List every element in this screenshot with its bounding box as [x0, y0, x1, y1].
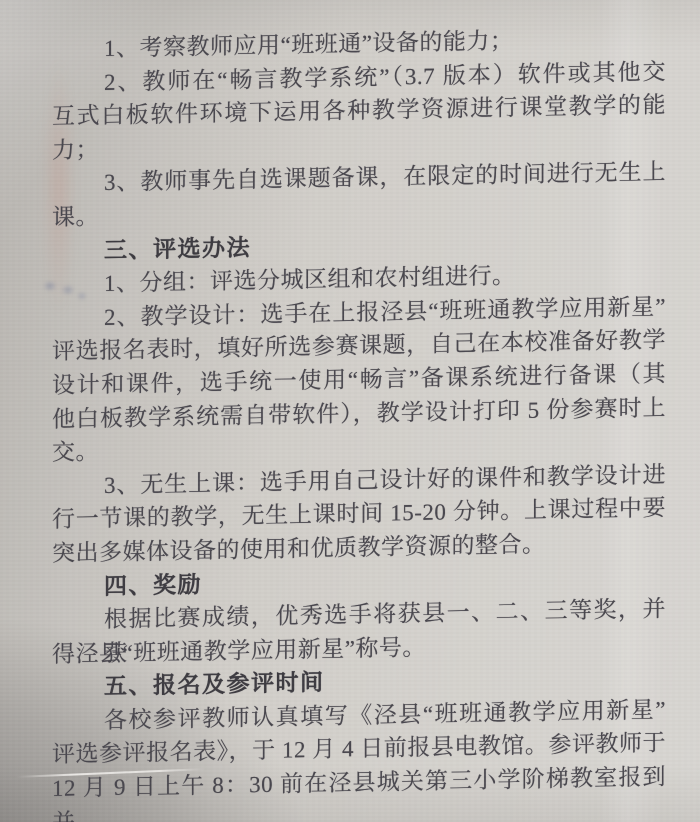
photo-grain-overlay — [0, 0, 700, 822]
photo-of-document: 1、考察教师应用“班班通”设备的能力； 2、教师在“畅言教学系统”（3.7 版本… — [0, 0, 700, 822]
document-page: 1、考察教师应用“班班通”设备的能力； 2、教师在“畅言教学系统”（3.7 版本… — [0, 0, 700, 822]
